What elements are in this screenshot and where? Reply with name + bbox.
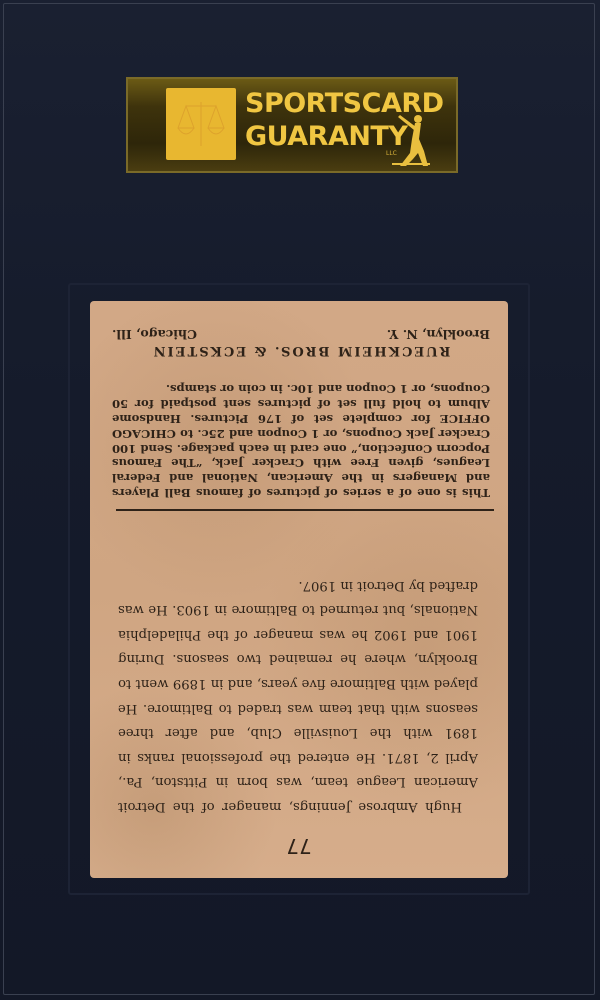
- city-chicago: Chicago, Ill.: [112, 327, 197, 342]
- city-brooklyn: Brooklyn, N. Y.: [387, 327, 490, 342]
- scales-icon: [166, 88, 236, 160]
- player-biography: Hugh Ambrose Jennings, manager of the De…: [118, 572, 478, 818]
- card-number: 77: [90, 834, 508, 858]
- company-name: RUECKHEIM BROS. & ECKSTEIN: [112, 343, 490, 358]
- grader-name-line2: GUARANTY: [245, 121, 407, 152]
- grader-label: SPORTSCARD GUARANTY LLC: [126, 77, 458, 173]
- baseball-card-back: 77 Hugh Ambrose Jennings, manager of the…: [90, 301, 508, 878]
- batter-silhouette-icon: [388, 111, 432, 169]
- promotional-text: This is one of a series of pictures of f…: [112, 382, 490, 500]
- divider-rule: [116, 509, 494, 511]
- card-content-rotated: 77 Hugh Ambrose Jennings, manager of the…: [90, 301, 508, 878]
